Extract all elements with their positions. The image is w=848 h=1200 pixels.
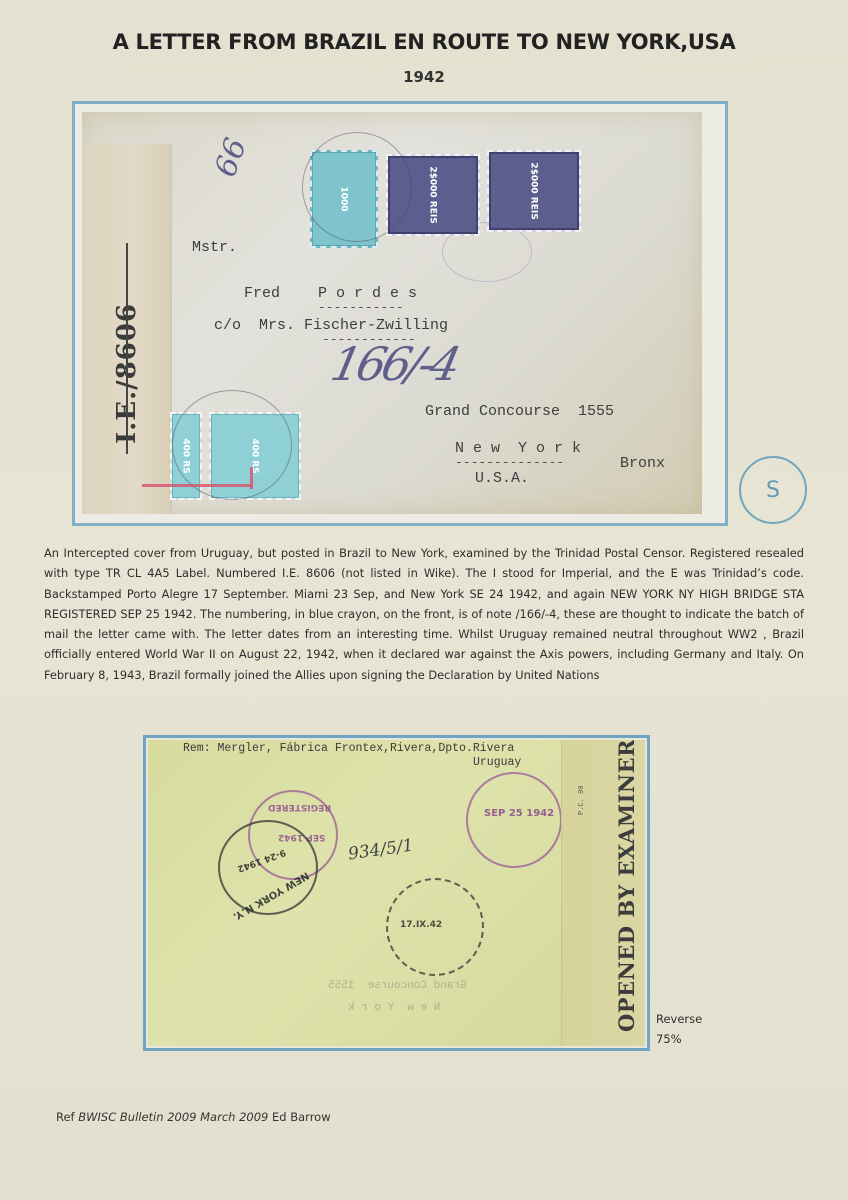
description-text: An Intercepted cover from Uruguay, but p… [44,543,804,685]
address-underline-3: -------------- [455,455,564,470]
address-mstr: Mstr. [192,239,237,256]
reverse-scale: 75% [656,1029,702,1049]
reference-author: Ed Barrow [272,1110,331,1124]
reverse-caption: Reverse 75% [656,1009,702,1049]
show-through-address-1: Grand Concourse 1555 [328,980,467,992]
reference-publication: BWISC Bulletin 2009 March 2009 [78,1110,268,1124]
reverse-cover-mount: Rem: Mergler, Fábrica Frontex,Rivera,Dpt… [143,735,650,1051]
show-through-address-2: N e w Y o r k [348,1002,440,1014]
postmark-porto-alegre-date: 17.IX.42 [400,920,442,930]
address-country: U.S.A. [475,470,529,487]
stamp-2000-b: 2$000 REIS [487,150,581,232]
page-year: 1942 [0,68,848,86]
address-underline-1: ----------- [318,300,404,315]
reverse-cover-envelope: Rem: Mergler, Fábrica Frontex,Rivera,Dpt… [148,740,645,1046]
censor-label-number: I.E./8606 [112,303,142,444]
postmark-registered-text: REGISTERED [268,802,331,812]
opened-by-examiner-text: OPENED BY EXAMINER [614,740,639,1032]
postmark-high-bridge [466,772,562,868]
address-borough: Bronx [620,455,665,472]
postmark-front-top [302,132,412,242]
address-first-name: Fred [244,285,280,302]
registration-red-tick [250,467,253,489]
postmark-front-mid [442,222,532,282]
rating-badge: S [739,456,807,524]
pencil-note: 934/5/1 [347,836,415,865]
reverse-label: Reverse [656,1009,702,1029]
censor-label-front: I.E./8606 [82,144,172,514]
sender-address-line1: Rem: Mergler, Fábrica Frontex,Rivera,Dpt… [183,742,514,755]
page-title: A LETTER FROM BRAZIL EN ROUTE TO NEW YOR… [0,30,848,54]
front-cover-envelope: I.E./8606 66 1000 2$000 REIS 2$000 REIS … [82,112,702,514]
reference-prefix: Ref [56,1110,75,1124]
front-cover-mount: I.E./8606 66 1000 2$000 REIS 2$000 REIS … [72,101,728,526]
reference-line: Ref BWISC Bulletin 2009 March 2009 Ed Ba… [56,1110,331,1124]
address-street: Grand Concourse 1555 [425,403,614,420]
censor-code: P.C. 90 [578,786,586,815]
crayon-batch-number: 166/-4 [326,337,462,391]
sender-address-line2: Uruguay [473,756,521,769]
censor-label-reverse: P.C. 90 OPENED BY EXAMINER [561,740,645,1046]
postmark-high-bridge-date: SEP 25 1942 [484,808,554,819]
registration-red-line [142,484,252,487]
crayon-mark-top: 66 [208,134,254,182]
